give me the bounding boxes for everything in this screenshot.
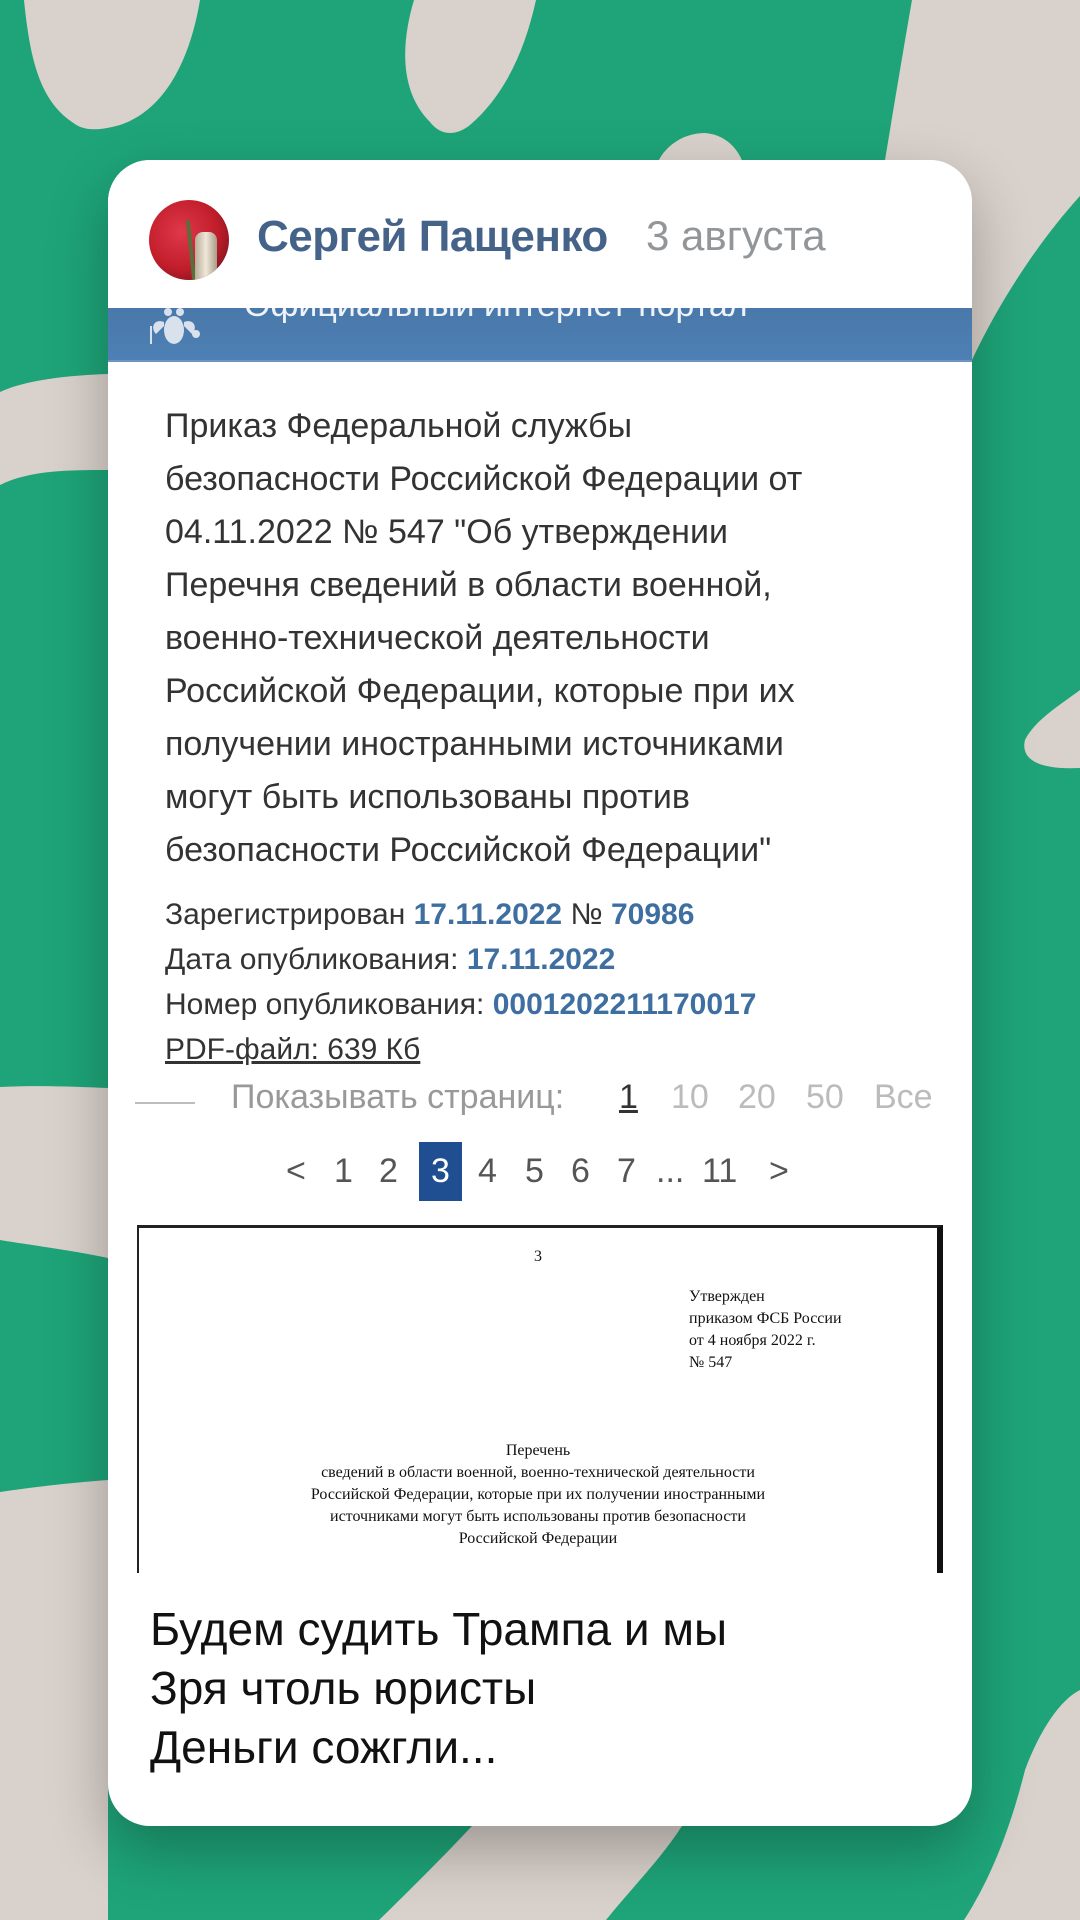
page-1[interactable]: 1 bbox=[334, 1152, 353, 1191]
registered-label: Зарегистрирован bbox=[165, 898, 405, 931]
pdf-download-link[interactable]: PDF-файл: 639 Кб bbox=[165, 1033, 420, 1066]
registration-row: Зарегистрирован 17.11.2022 № 70986 bbox=[165, 892, 756, 937]
title-line: могут быть использованы против bbox=[165, 771, 925, 824]
registered-date: 17.11.2022 bbox=[414, 898, 563, 931]
title-line: Перечня сведений в области военной, bbox=[165, 559, 925, 612]
pages-option-1[interactable]: 1 bbox=[619, 1078, 638, 1117]
pages-option-all[interactable]: Все bbox=[874, 1078, 933, 1117]
scanned-document-page: 3 Утвержден приказом ФСБ России от 4 ноя… bbox=[137, 1225, 943, 1573]
next-page-button[interactable]: > bbox=[769, 1152, 789, 1191]
title-line: военно-технической деятельности bbox=[165, 612, 925, 665]
source-site-banner: Официальный интернет-портал bbox=[108, 308, 972, 362]
publication-number-label: Номер опубликования: bbox=[165, 988, 484, 1021]
author-name[interactable]: Сергей Пащенко bbox=[257, 212, 608, 262]
post-header: Сергей Пащенко 3 августа bbox=[108, 160, 972, 308]
title-line: Приказ Федеральной службы bbox=[165, 400, 925, 453]
document-title: Приказ Федеральной службы безопасности Р… bbox=[165, 400, 925, 877]
publication-number-row: Номер опубликования: 0001202211170017 bbox=[165, 982, 756, 1027]
page-7[interactable]: 7 bbox=[617, 1152, 636, 1191]
title-line: безопасности Российской Федерации от bbox=[165, 453, 925, 506]
pages-option-50[interactable]: 50 bbox=[806, 1078, 844, 1117]
page-6[interactable]: 6 bbox=[571, 1152, 590, 1191]
post-date: 3 августа bbox=[646, 212, 826, 260]
registered-no-label: № bbox=[570, 898, 602, 931]
scan-approval-block: Утвержден приказом ФСБ России от 4 ноябр… bbox=[689, 1286, 842, 1374]
published-label: Дата опубликования: bbox=[165, 943, 458, 976]
document-metadata: Зарегистрирован 17.11.2022 № 70986 Дата … bbox=[165, 892, 756, 1072]
registered-number: 70986 bbox=[611, 898, 694, 931]
pagination: < 1 2 3 4 5 6 7 ... 11 > bbox=[108, 1142, 972, 1202]
pages-option-20[interactable]: 20 bbox=[738, 1078, 776, 1117]
show-pages-label: Показывать страниц: bbox=[231, 1078, 564, 1117]
divider bbox=[135, 1102, 195, 1104]
page-ellipsis: ... bbox=[656, 1152, 684, 1191]
page-4[interactable]: 4 bbox=[478, 1152, 497, 1191]
publication-number: 0001202211170017 bbox=[493, 988, 757, 1021]
prev-page-button[interactable]: < bbox=[286, 1152, 306, 1191]
title-line: безопасности Российской Федерации" bbox=[165, 824, 925, 877]
post-card: Официальный интернет-портал Сергей Пащен… bbox=[108, 160, 972, 1826]
page-5[interactable]: 5 bbox=[525, 1152, 544, 1191]
scan-list-title: Перечень сведений в области военной, вое… bbox=[139, 1440, 937, 1550]
published-date: 17.11.2022 bbox=[467, 943, 616, 976]
page-2[interactable]: 2 bbox=[379, 1152, 398, 1191]
page-11[interactable]: 11 bbox=[702, 1152, 737, 1191]
title-line: получении иностранными источниками bbox=[165, 718, 925, 771]
pages-per-view-selector: Показывать страниц: 1 10 20 50 Все bbox=[135, 1078, 955, 1122]
title-line: 04.11.2022 № 547 "Об утверждении bbox=[165, 506, 925, 559]
published-row: Дата опубликования: 17.11.2022 bbox=[165, 937, 756, 982]
post-comment-text: Будем судить Трампа и мы Зря чтоль юрист… bbox=[150, 1600, 727, 1777]
title-line: Российской Федерации, которые при их bbox=[165, 665, 925, 718]
scan-page-number: 3 bbox=[139, 1248, 937, 1266]
page-3-current[interactable]: 3 bbox=[419, 1142, 462, 1201]
avatar[interactable] bbox=[149, 200, 229, 280]
pages-option-10[interactable]: 10 bbox=[671, 1078, 709, 1117]
